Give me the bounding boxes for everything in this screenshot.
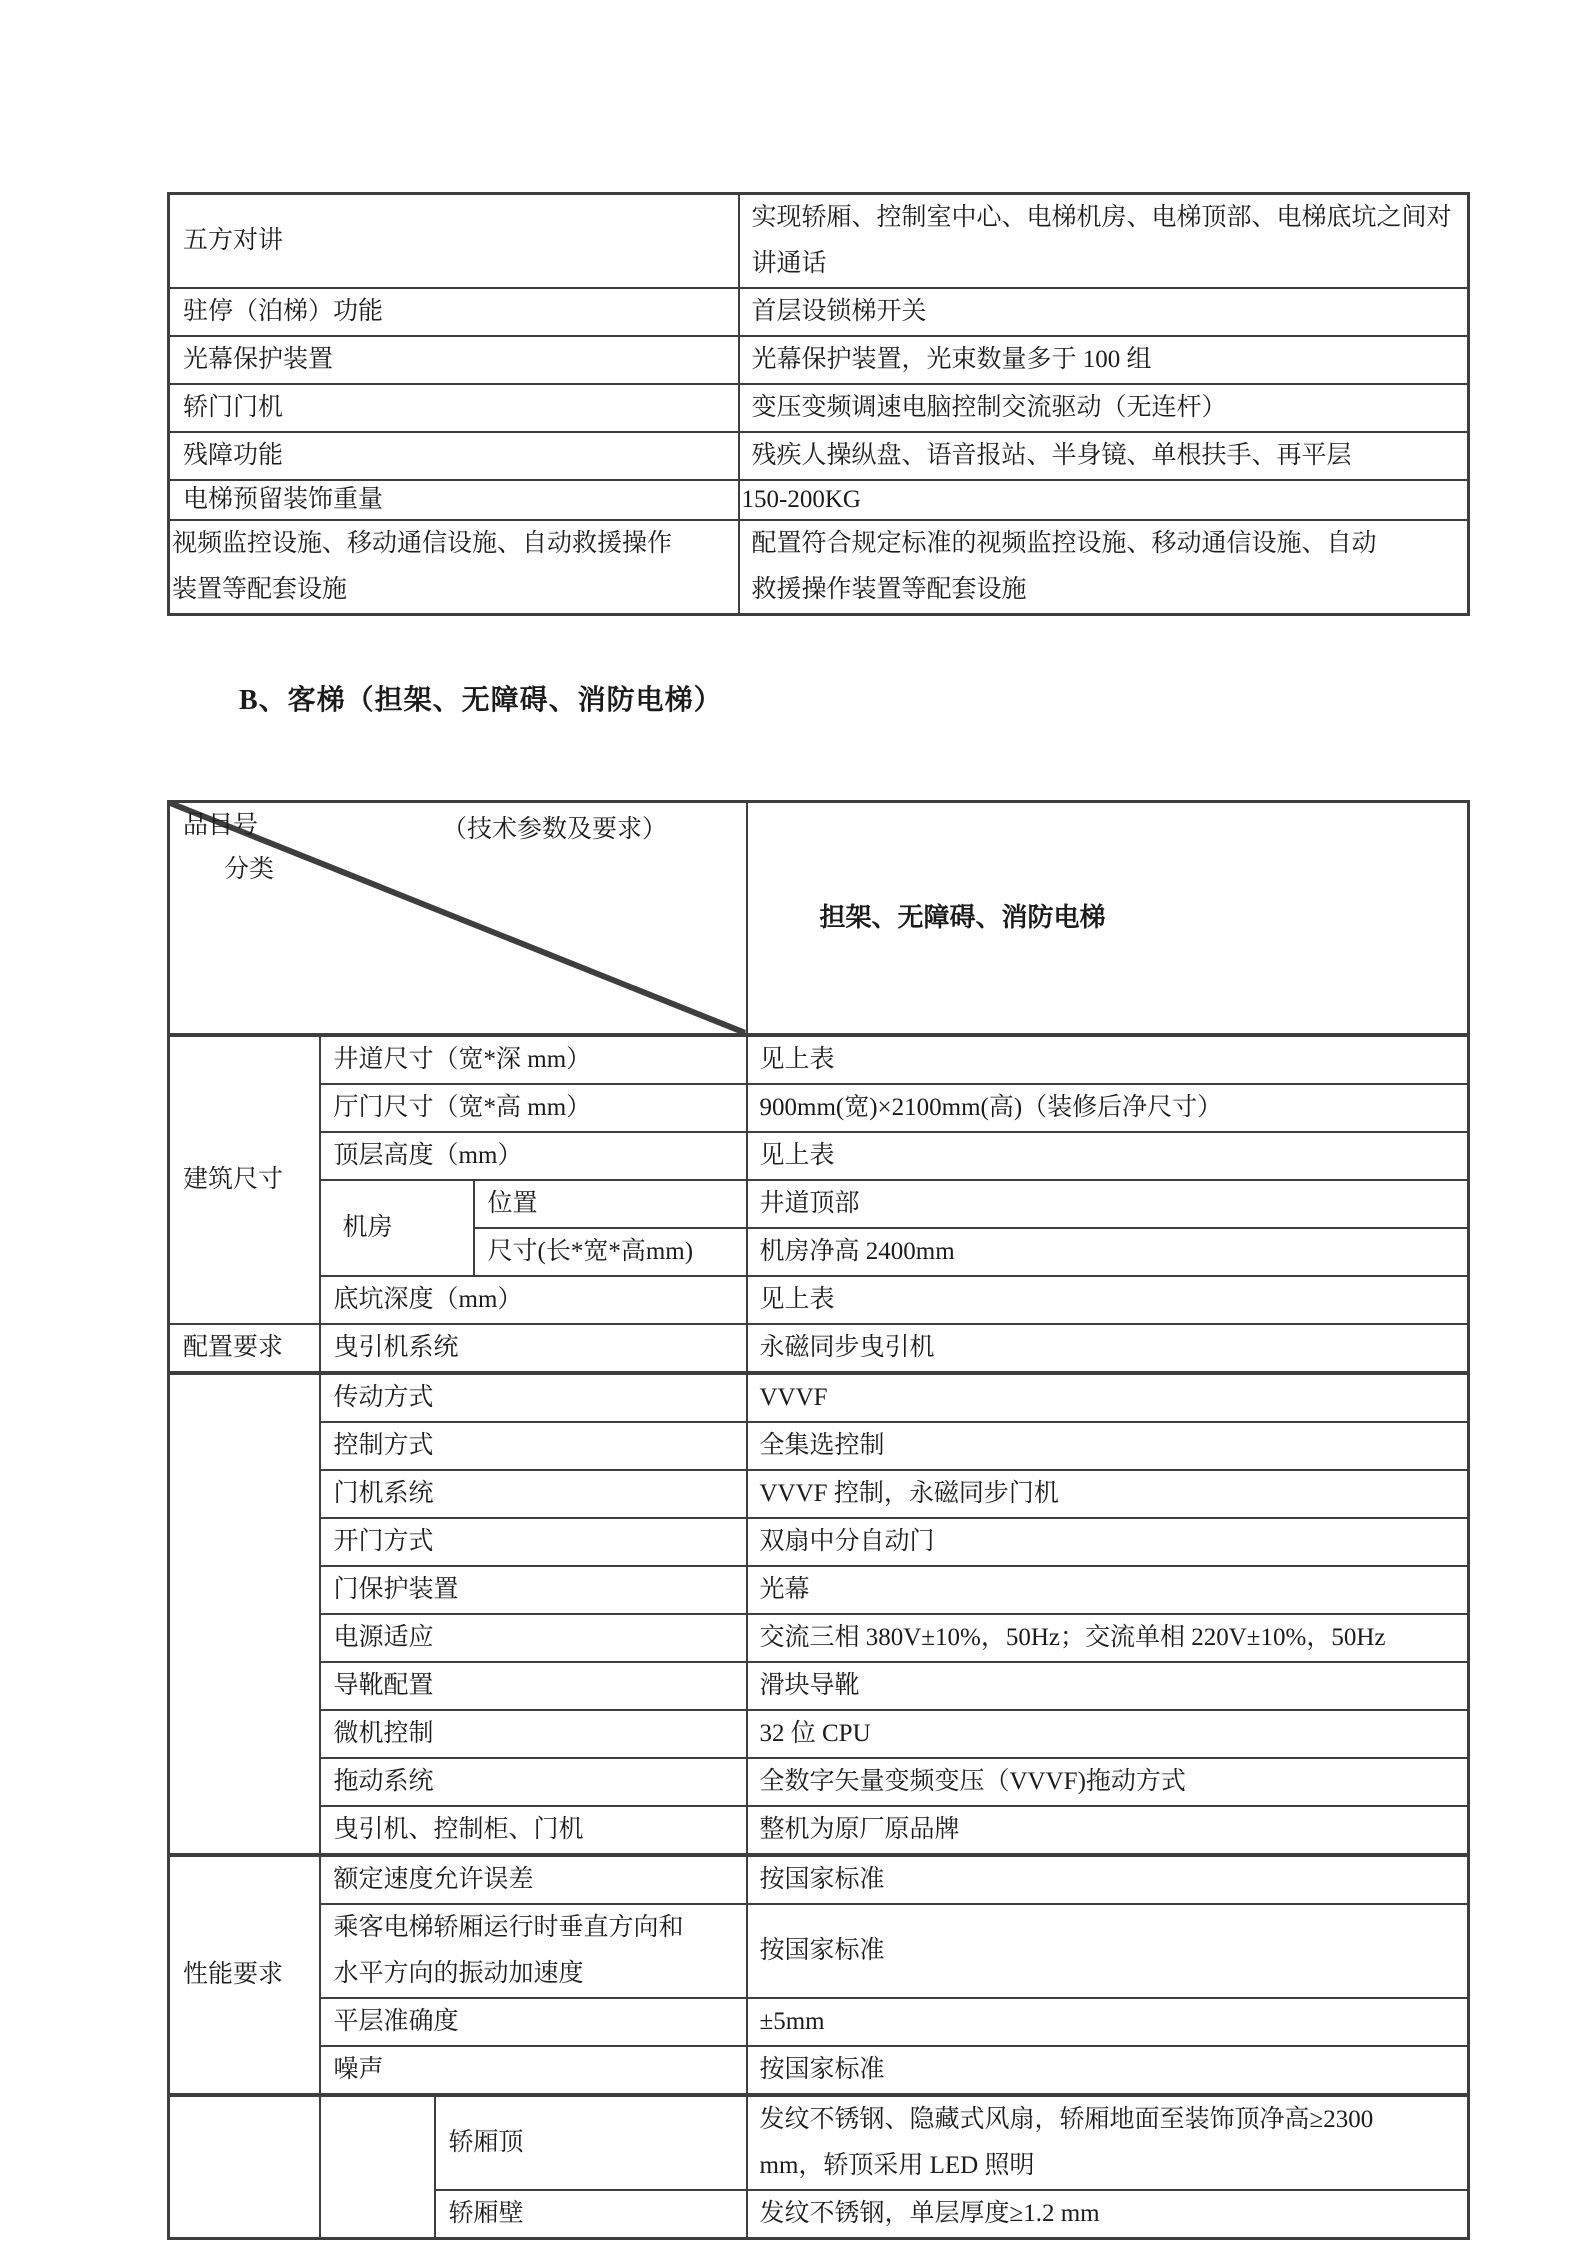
param-label-cell: 井道尺寸（宽*深 mm） (320, 1035, 747, 1084)
feature-label-cell: 视频监控设施、移动通信设施、自动救援操作 装置等配套设施 (169, 520, 739, 615)
table-row: 驻停（泊梯）功能 首层设锁梯开关 (169, 288, 1469, 336)
param-label-cell: 开门方式 (320, 1518, 747, 1566)
feature-value-cell: 实现轿厢、控制室中心、电梯机房、电梯顶部、电梯底坑之间对 讲通话 (739, 194, 1469, 289)
param-label-cell: 顶层高度（mm） (320, 1132, 747, 1180)
param-value-cell: 全数字矢量变频变压（VVVF)拖动方式 (747, 1758, 1469, 1806)
header-corner-cell: 品目号 分类 （技术参数及要求） (169, 802, 747, 1036)
section-heading: B、客梯（担架、无障碍、消防电梯） (239, 678, 723, 718)
param-label-cell: 传动方式 (320, 1373, 747, 1422)
param-value-cell: 机房净高 2400mm (747, 1228, 1469, 1276)
group-label-cell (169, 1373, 320, 1855)
table-row: 配置要求 曳引机系统 永磁同步曳引机 (169, 1324, 1469, 1373)
table-row: 性能要求 额定速度允许误差 按国家标准 (169, 1855, 1469, 1904)
param-value-cell: 见上表 (747, 1276, 1469, 1324)
param-label-cell: 乘客电梯轿厢运行时垂直方向和 水平方向的振动加速度 (320, 1904, 747, 1998)
table-row: 底坑深度（mm） 见上表 (169, 1276, 1469, 1324)
subgroup-label-cell (320, 2095, 435, 2239)
group-label-cell: 建筑尺寸 (169, 1035, 320, 1324)
param-value-cell: 按国家标准 (747, 1904, 1469, 1998)
param-label-cell: 微机控制 (320, 1710, 747, 1758)
param-value-cell: 全集选控制 (747, 1422, 1469, 1470)
table-row: 门机系统 VVVF 控制，永磁同步门机 (169, 1470, 1469, 1518)
feature-label-cell: 残障功能 (169, 432, 739, 480)
param-value-cell: 见上表 (747, 1035, 1469, 1084)
param-label-cell: 额定速度允许误差 (320, 1855, 747, 1904)
table-row: 电源适应 交流三相 380V±10%，50Hz；交流单相 220V±10%，50… (169, 1614, 1469, 1662)
table-row: 微机控制 32 位 CPU (169, 1710, 1469, 1758)
feature-value-cell: 残疾人操纵盘、语音报站、半身镜、单根扶手、再平层 (739, 432, 1469, 480)
document-page: 五方对讲 实现轿厢、控制室中心、电梯机房、电梯顶部、电梯底坑之间对 讲通话 驻停… (0, 0, 1587, 2245)
table-row: 厅门尺寸（宽*高 mm） 900mm(宽)×2100mm(高)（装修后净尺寸） (169, 1084, 1469, 1132)
param-value-cell: 900mm(宽)×2100mm(高)（装修后净尺寸） (747, 1084, 1469, 1132)
param-value-cell: 光幕 (747, 1566, 1469, 1614)
table-row: 乘客电梯轿厢运行时垂直方向和 水平方向的振动加速度 按国家标准 (169, 1904, 1469, 1998)
table-row: 传动方式 VVVF (169, 1373, 1469, 1422)
param-value-cell: 整机为原厂原品牌 (747, 1806, 1469, 1855)
param-value-cell: VVVF 控制，永磁同步门机 (747, 1470, 1469, 1518)
table-row: 机房 位置 井道顶部 (169, 1180, 1469, 1228)
param-label-cell: 曳引机系统 (320, 1324, 747, 1373)
table-row: 门保护装置 光幕 (169, 1566, 1469, 1614)
param-label-cell: 导靴配置 (320, 1662, 747, 1710)
param-label-cell: 尺寸(长*宽*高mm) (474, 1228, 747, 1276)
header-row: 品目号 分类 （技术参数及要求） 担架、无障碍、消防电梯 (169, 802, 1469, 1036)
header-value-cell: 担架、无障碍、消防电梯 (747, 802, 1469, 1036)
table-row: 导靴配置 滑块导靴 (169, 1662, 1469, 1710)
group-label-cell (169, 2095, 320, 2239)
table-row: 拖动系统 全数字矢量变频变压（VVVF)拖动方式 (169, 1758, 1469, 1806)
param-label-cell: 位置 (474, 1180, 747, 1228)
table-row: 开门方式 双扇中分自动门 (169, 1518, 1469, 1566)
feature-value-cell: 首层设锁梯开关 (739, 288, 1469, 336)
table-row: 噪声 按国家标准 (169, 2046, 1469, 2095)
feature-value-cell: 光幕保护装置，光束数量多于 100 组 (739, 336, 1469, 384)
table-row: 曳引机、控制柜、门机 整机为原厂原品牌 (169, 1806, 1469, 1855)
param-value-cell: 交流三相 380V±10%，50Hz；交流单相 220V±10%，50Hz (747, 1614, 1469, 1662)
param-value-cell: 按国家标准 (747, 1855, 1469, 1904)
param-value-cell: VVVF (747, 1373, 1469, 1422)
param-label-cell: 门保护装置 (320, 1566, 747, 1614)
table-row: 轿厢顶 发纹不锈钢、隐藏式风扇，轿厢地面至装饰顶净高≥2300 mm，轿顶采用 … (169, 2095, 1469, 2190)
param-label-cell: 拖动系统 (320, 1758, 747, 1806)
param-label-cell: 电源适应 (320, 1614, 747, 1662)
param-value-cell: 永磁同步曳引机 (747, 1324, 1469, 1373)
feature-value-cell: 150-200KG (739, 480, 1469, 520)
feature-label-cell: 光幕保护装置 (169, 336, 739, 384)
param-label-cell: 轿厢壁 (435, 2190, 747, 2239)
param-value-cell: ±5mm (747, 1998, 1469, 2046)
elevator-features-table: 五方对讲 实现轿厢、控制室中心、电梯机房、电梯顶部、电梯底坑之间对 讲通话 驻停… (167, 192, 1470, 616)
corner-label-item: 品目号 (183, 808, 258, 844)
feature-label-cell: 驻停（泊梯）功能 (169, 288, 739, 336)
group-label-cell: 配置要求 (169, 1324, 320, 1373)
param-value-cell: 发纹不锈钢，单层厚度≥1.2 mm (747, 2190, 1469, 2239)
param-label-cell: 噪声 (320, 2046, 747, 2095)
table-row: 控制方式 全集选控制 (169, 1422, 1469, 1470)
param-label-cell: 底坑深度（mm） (320, 1276, 747, 1324)
table-row: 顶层高度（mm） 见上表 (169, 1132, 1469, 1180)
table-row: 轿门门机 变压变频调速电脑控制交流驱动（无连杆） (169, 384, 1469, 432)
group-label-cell: 机房 (320, 1180, 474, 1276)
param-value-cell: 32 位 CPU (747, 1710, 1469, 1758)
param-value-cell: 见上表 (747, 1132, 1469, 1180)
feature-value-cell: 变压变频调速电脑控制交流驱动（无连杆） (739, 384, 1469, 432)
corner-label-params: （技术参数及要求） (442, 812, 667, 848)
table-row: 光幕保护装置 光幕保护装置，光束数量多于 100 组 (169, 336, 1469, 384)
param-label-cell: 控制方式 (320, 1422, 747, 1470)
param-label-cell: 曳引机、控制柜、门机 (320, 1806, 747, 1855)
param-label-cell: 门机系统 (320, 1470, 747, 1518)
param-label-cell: 平层准确度 (320, 1998, 747, 2046)
elevator-specs-table: 品目号 分类 （技术参数及要求） 担架、无障碍、消防电梯 建筑尺寸 井道尺寸（宽… (167, 800, 1470, 2240)
param-value-cell: 按国家标准 (747, 2046, 1469, 2095)
table-row: 建筑尺寸 井道尺寸（宽*深 mm） 见上表 (169, 1035, 1469, 1084)
group-label-cell: 性能要求 (169, 1855, 320, 2095)
feature-label-cell: 轿门门机 (169, 384, 739, 432)
table-row: 残障功能 残疾人操纵盘、语音报站、半身镜、单根扶手、再平层 (169, 432, 1469, 480)
param-value-cell: 双扇中分自动门 (747, 1518, 1469, 1566)
param-value-cell: 滑块导靴 (747, 1662, 1469, 1710)
param-label-cell: 厅门尺寸（宽*高 mm） (320, 1084, 747, 1132)
table-row: 五方对讲 实现轿厢、控制室中心、电梯机房、电梯顶部、电梯底坑之间对 讲通话 (169, 194, 1469, 289)
feature-value-cell: 配置符合规定标准的视频监控设施、移动通信设施、自动 救援操作装置等配套设施 (739, 520, 1469, 615)
param-value-cell: 井道顶部 (747, 1180, 1469, 1228)
feature-label-cell: 电梯预留装饰重量 (169, 480, 739, 520)
corner-label-category: 分类 (224, 852, 274, 888)
feature-label-cell: 五方对讲 (169, 194, 739, 289)
table-row: 视频监控设施、移动通信设施、自动救援操作 装置等配套设施 配置符合规定标准的视频… (169, 520, 1469, 615)
table-row: 平层准确度 ±5mm (169, 1998, 1469, 2046)
table-row: 电梯预留装饰重量 150-200KG (169, 480, 1469, 520)
param-label-cell: 轿厢顶 (435, 2095, 747, 2190)
param-value-cell: 发纹不锈钢、隐藏式风扇，轿厢地面至装饰顶净高≥2300 mm，轿顶采用 LED … (747, 2095, 1469, 2190)
